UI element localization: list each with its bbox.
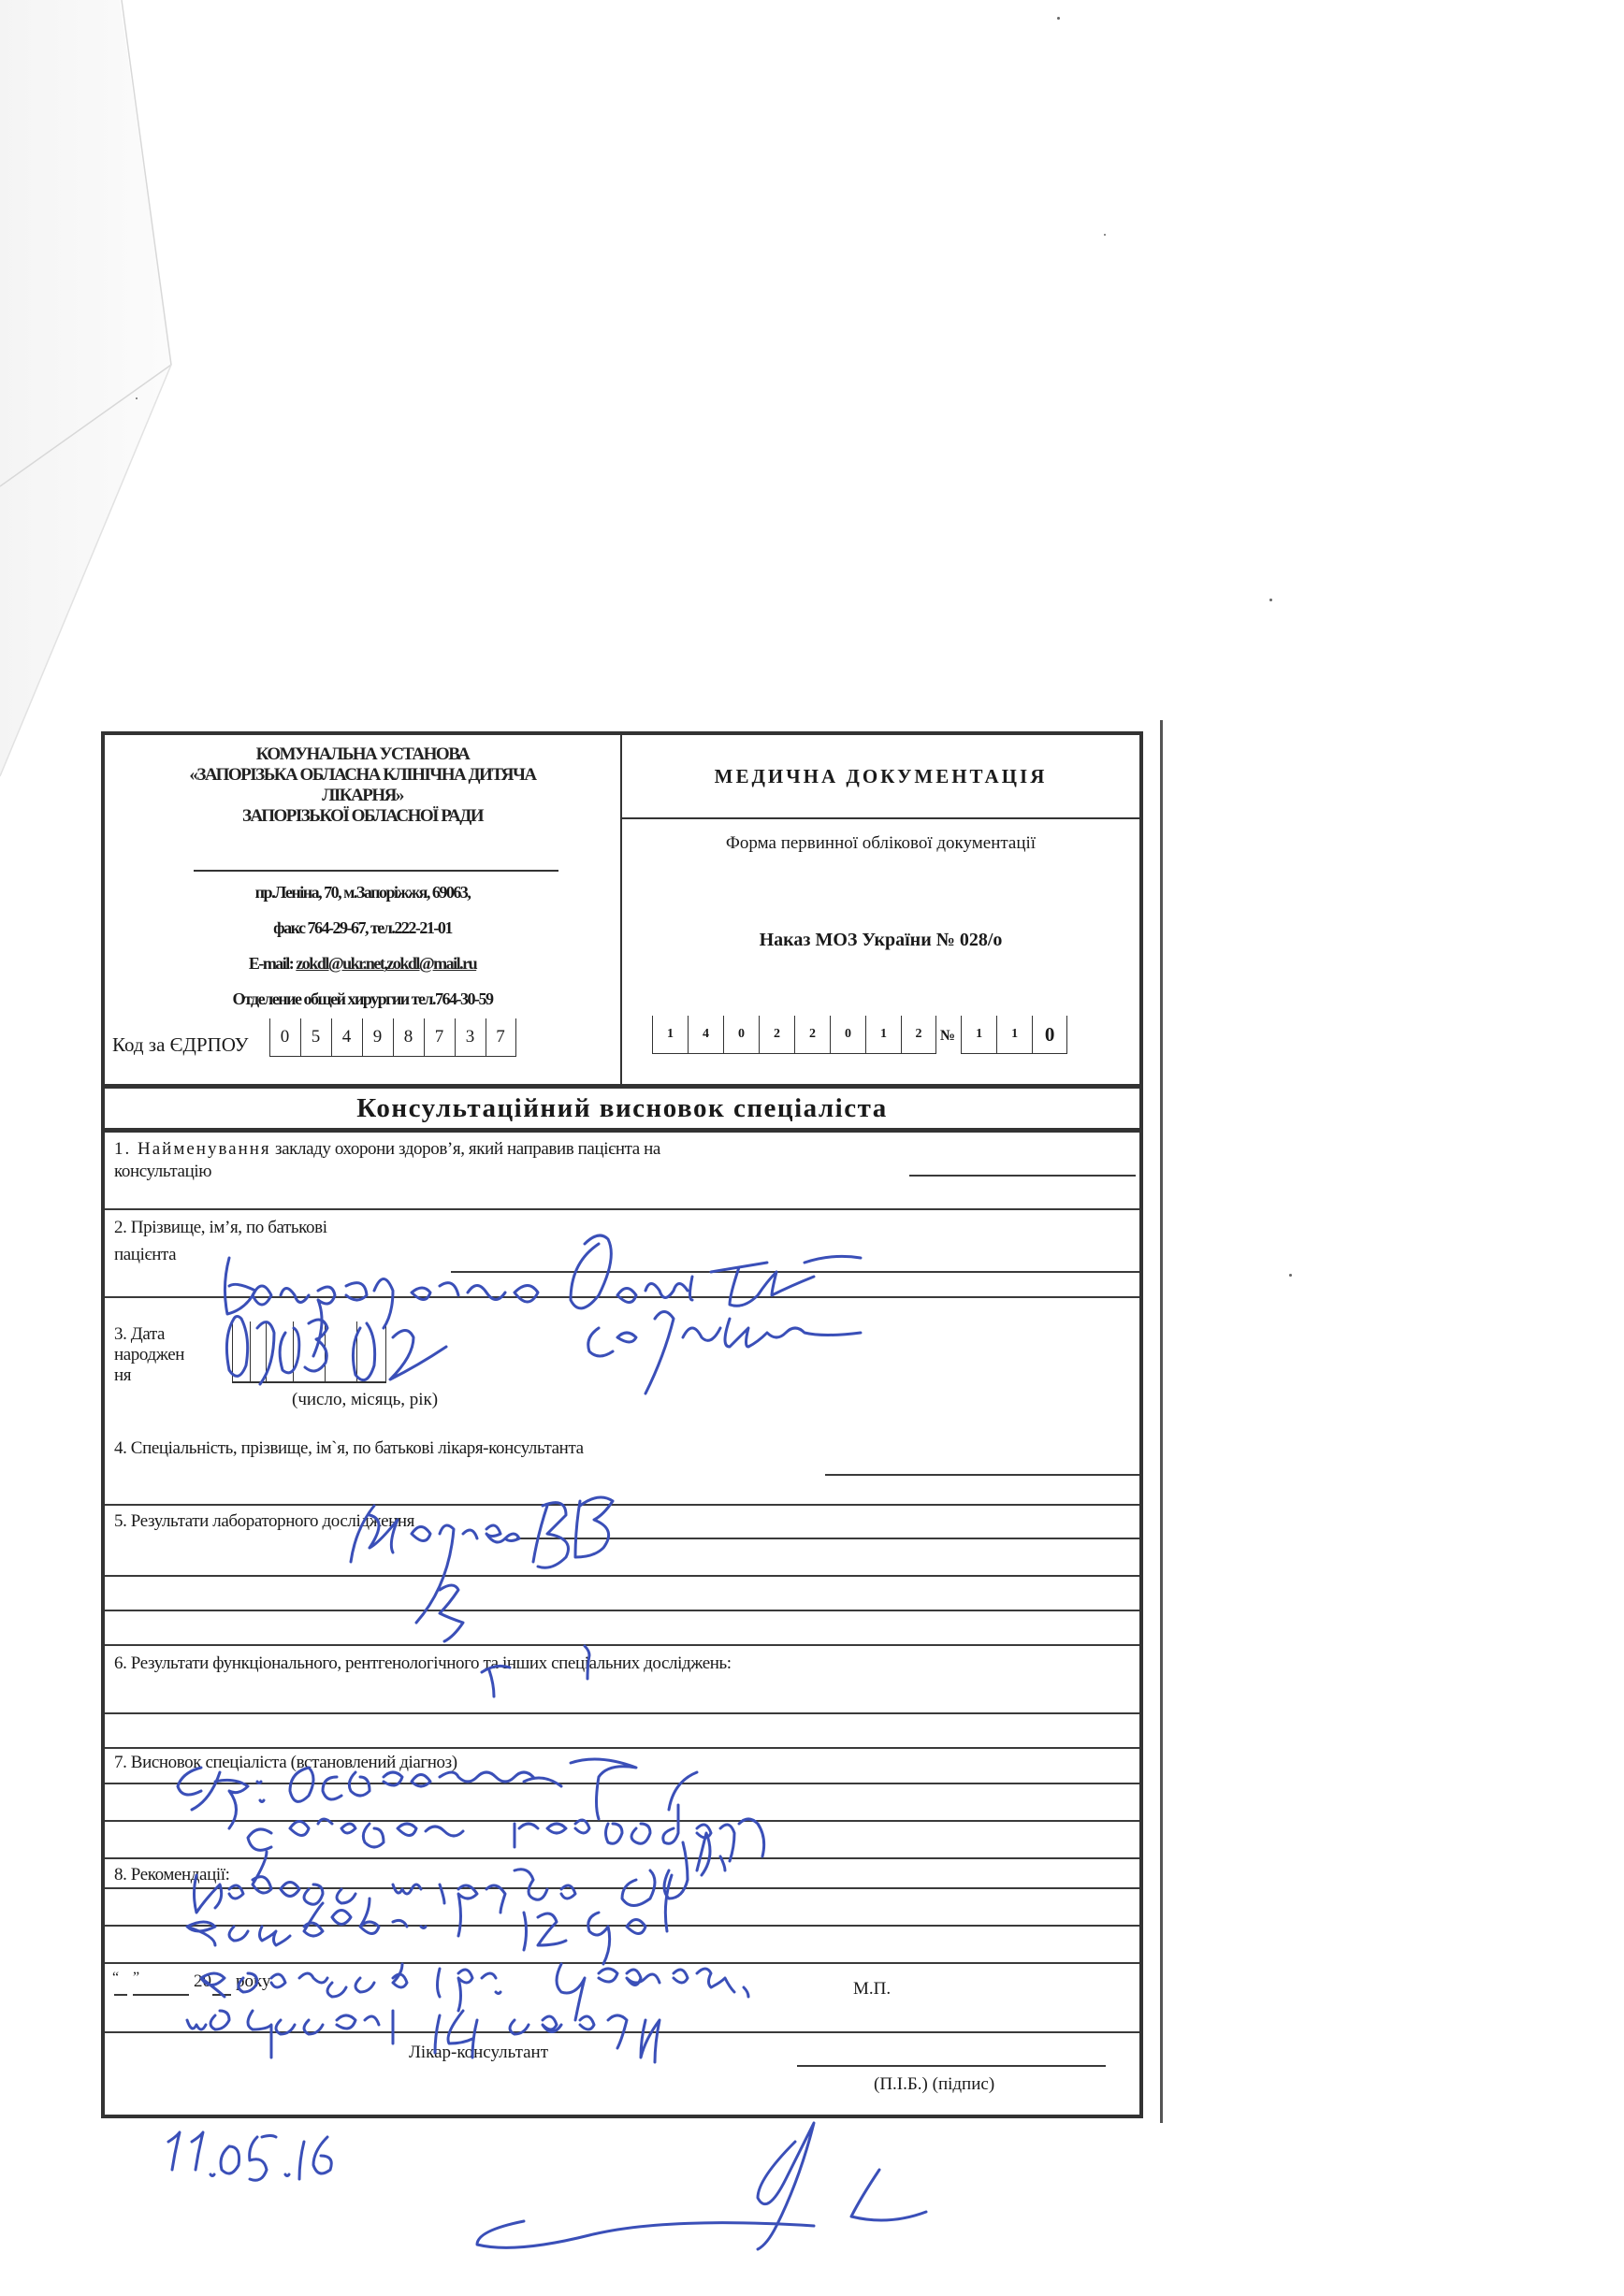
section-2-fill-line[interactable] (451, 1271, 1139, 1273)
number-digit: 0 (1032, 1016, 1067, 1053)
number-cells: 1 1 0 (961, 1016, 1067, 1054)
doctor-label: Лікар-консультант (409, 2043, 548, 2063)
edrpou-digit: 5 (300, 1018, 331, 1056)
scan-speck (1057, 17, 1060, 20)
org-line: КОМУНАЛЬНА УСТАНОВА (105, 744, 620, 765)
institution-name: КОМУНАЛЬНА УСТАНОВА «ЗАПОРІЗЬКА ОБЛАСНА … (105, 744, 620, 827)
edrpou-digit: 0 (269, 1018, 300, 1056)
document-code: 1 4 0 2 2 0 1 2 № 1 1 0 (652, 1016, 1067, 1054)
section-3-label-line3: ня (114, 1365, 131, 1386)
org-line: ЛІКАРНЯ» (105, 786, 620, 806)
section-2-label-line2: пацієнта (114, 1245, 176, 1265)
section-7-fill-line[interactable] (105, 1820, 1139, 1822)
date-year-line[interactable] (212, 1994, 231, 1996)
department-phone: Отделение общей хирургии тел.764-30-59 (105, 989, 620, 1009)
page-edge-line (1160, 720, 1163, 2123)
edrpou-digit: 3 (455, 1018, 486, 1056)
section-divider (105, 1504, 1139, 1506)
code-cells: 1 4 0 2 2 0 1 2 (652, 1016, 936, 1054)
scan-speck (1289, 1274, 1292, 1277)
consultation-form: КОМУНАЛЬНА УСТАНОВА «ЗАПОРІЗЬКА ОБЛАСНА … (101, 731, 1143, 2118)
code-digit: 4 (688, 1016, 723, 1053)
number-digit: 1 (996, 1016, 1032, 1053)
code-digit: 2 (794, 1016, 830, 1053)
edrpou-code: Код за ЄДРПОУ 0 5 4 9 8 7 3 7 (112, 1018, 516, 1057)
section-1-label: 1. Найменування закладу охорони здоров’я… (114, 1139, 660, 1160)
email-link-ukr[interactable]: zokdl@ukr.net (296, 954, 384, 973)
section-1-label-rest: закладу охорони здоров’я, який направив … (271, 1139, 660, 1159)
ministry-order: Наказ МОЗ України № 028/о (622, 930, 1139, 951)
date-close-quote: ” (133, 1970, 139, 1986)
edrpou-cells: 0 5 4 9 8 7 3 7 (269, 1018, 516, 1057)
section-5-fill-line[interactable] (516, 1538, 1139, 1539)
code-digit: 0 (723, 1016, 759, 1053)
section-3-label-line2: народжен (114, 1345, 184, 1365)
section-divider (105, 1296, 1139, 1298)
email-link-mail[interactable]: zokdl@mail.ru (386, 954, 476, 973)
code-digit: 0 (830, 1016, 865, 1053)
form-type-label: Форма первинної облікової документації (622, 833, 1139, 854)
section-divider (105, 2031, 1139, 2033)
signature-strokes (477, 2123, 926, 2249)
signature-hint: (П.І.Б.) (підпис) (874, 2074, 994, 2095)
edrpou-digit: 7 (486, 1018, 516, 1056)
number-sign: № (940, 1028, 955, 1045)
section-1-label-start: 1. Найменування (114, 1139, 271, 1159)
org-line: «ЗАПОРІЗЬКА ОБЛАСНА КЛІНІЧНА ДИТЯЧА (105, 765, 620, 786)
section-8-fill-line[interactable] (105, 1925, 1139, 1927)
section-divider (105, 1857, 1139, 1859)
code-digit: 1 (652, 1016, 688, 1053)
section-2-label: 2. Прізвище, ім’я, по батькові (114, 1218, 327, 1238)
section-divider (105, 1644, 1139, 1646)
scan-speck (136, 397, 138, 399)
section-5-fill-line[interactable] (105, 1610, 1139, 1611)
section-divider (105, 1747, 1139, 1749)
section-5-label: 5. Результати лабораторного дослідження (114, 1511, 414, 1532)
section-4-label: 4. Спеціальність, прізвище, ім`я, по бат… (114, 1438, 584, 1459)
org-line: ЗАПОРІЗЬКОЇ ОБЛАСНОЇ РАДИ (105, 806, 620, 827)
section-1-fill-line[interactable] (909, 1175, 1136, 1177)
edrpou-digit: 4 (331, 1018, 362, 1056)
scan-speck (1269, 599, 1272, 601)
edrpou-digit: 7 (424, 1018, 455, 1056)
form-title: Консультаційний висновок спеціаліста (105, 1084, 1139, 1133)
date-format-hint: (число, місяць, рік) (292, 1390, 438, 1410)
institution-email: E-mail: zokdl@ukr.net,zokdl@mail.ru (105, 954, 620, 974)
code-digit: 2 (901, 1016, 936, 1053)
code-digit: 1 (865, 1016, 901, 1053)
date-day-line[interactable] (114, 1994, 127, 1996)
email-label: E-mail: (249, 954, 294, 973)
section-divider (105, 1962, 1139, 1964)
section-3-label: 3. Дата (114, 1324, 165, 1345)
medical-documentation-title: МЕДИЧНА ДОКУМЕНТАЦІЯ (622, 735, 1139, 819)
section-5-fill-line[interactable] (105, 1575, 1139, 1577)
date-open-quote: “ (112, 1970, 119, 1986)
institution-header: КОМУНАЛЬНА УСТАНОВА «ЗАПОРІЗЬКА ОБЛАСНА … (105, 735, 622, 1086)
date-month-line[interactable] (133, 1994, 189, 1996)
edrpou-label: Код за ЄДРПОУ (112, 1033, 249, 1057)
scan-speck (1104, 234, 1106, 236)
paper-fold-edge (0, 0, 187, 804)
date-year-prefix: 20 (194, 1971, 211, 1992)
edrpou-digit: 9 (362, 1018, 393, 1056)
edrpou-digit: 8 (393, 1018, 424, 1056)
form-type-header: МЕДИЧНА ДОКУМЕНТАЦІЯ Форма первинної обл… (622, 735, 1139, 1086)
stamp-label: М.П. (853, 1979, 891, 2000)
code-digit: 2 (759, 1016, 794, 1053)
section-1-label-line2: консультацію (114, 1162, 211, 1182)
section-7-label: 7. Висновок спеціаліста (встановлений ді… (114, 1753, 457, 1773)
date-year-suffix: року (236, 1971, 270, 1992)
section-6-fill-line[interactable] (105, 1712, 1139, 1714)
section-divider (105, 1208, 1139, 1210)
header-divider (194, 870, 558, 872)
number-digit: 1 (961, 1016, 996, 1053)
institution-address: пр.Леніна, 70, м.Запоріжжя, 69063, (105, 883, 620, 903)
section-6-label: 6. Результати функціонального, рентгенол… (114, 1653, 732, 1674)
signature-line[interactable] (797, 2065, 1106, 2067)
institution-phones: факс 764-29-67, тел.222-21-01 (105, 918, 620, 938)
section-4-fill-line[interactable] (825, 1474, 1139, 1476)
